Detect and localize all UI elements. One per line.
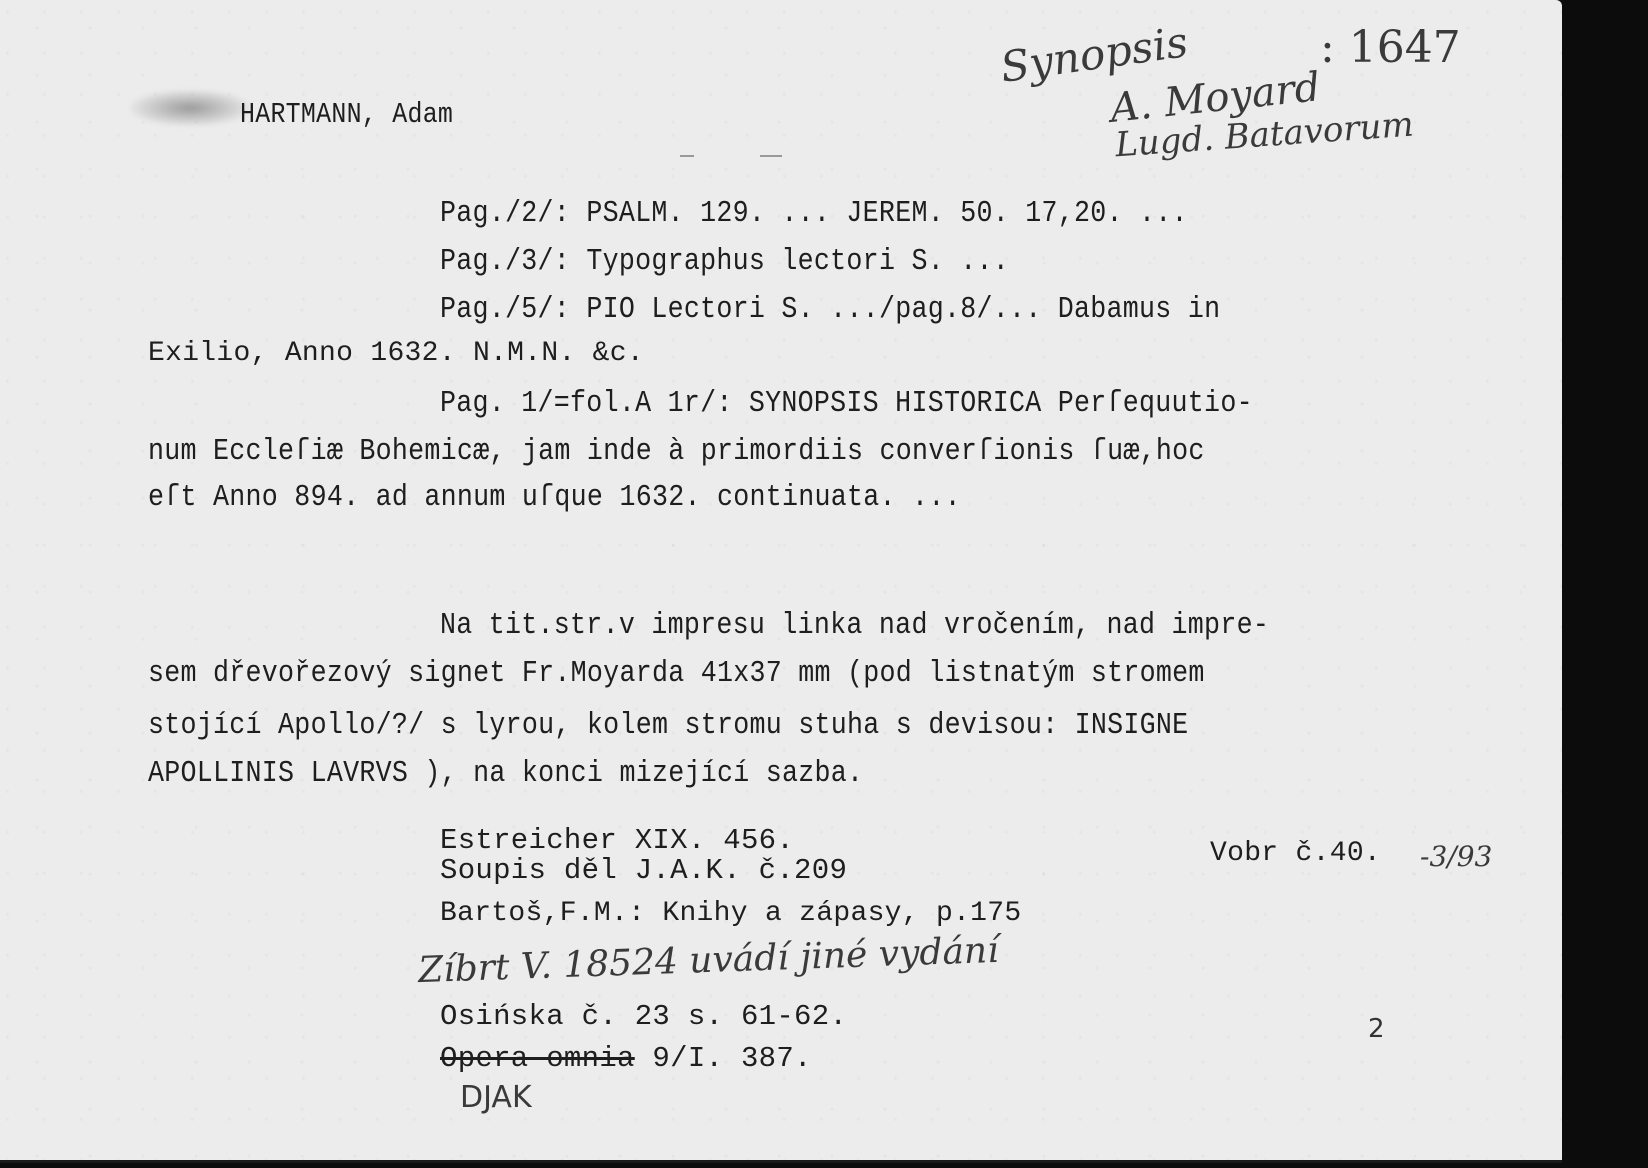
page-label: Pag./2/:: [440, 196, 570, 231]
title-entry-line3: eſt Anno 894. ad annum uſque 1632. conti…: [148, 482, 961, 513]
ref-opera-rest: 9/I. 387.: [635, 1042, 812, 1075]
author-heading: HARTMANN, Adam: [240, 100, 453, 129]
handwritten-djak: DJAK: [460, 1080, 532, 1115]
description-line2: sem dřevořezový signet Fr.Moyarda 41x37 …: [148, 658, 1205, 689]
page-text: PIO Lectori S. .../pag.8/... Dabamus in: [586, 292, 1220, 327]
title-entry-line2: num Eccleſiæ Bohemicæ, jam inde à primor…: [148, 436, 1205, 467]
page-entry-3: Pag./3/: Typographus lectori S. ...: [440, 246, 1009, 277]
page-text: PSALM. 129. ... JEREM. 50. 17,20. ...: [570, 196, 1188, 231]
ref-osinska: Osińska č. 23 s. 61-62.: [440, 1002, 847, 1031]
ref-opera-struck: Opera omnia: [440, 1042, 635, 1075]
handwritten-vobr-suffix: -3/93: [1420, 840, 1492, 873]
ref-opera: Opera omnia 9/I. 387.: [440, 1044, 812, 1073]
page-entry-2: Pag./2/: PSALM. 129. ... JEREM. 50. 17,2…: [440, 198, 1188, 229]
card-number: 2: [1368, 1016, 1385, 1042]
ref-bartos: Bartoš,F.M.: Knihy a zápasy, p.175: [440, 900, 1022, 928]
page-text: Typographus lectori S. ...: [586, 244, 1009, 279]
ref-soupis: Soupis děl J.A.K. č.209: [440, 856, 847, 885]
handwritten-zibrt: Zíbrt V. 18524 uvádí jiné vydání: [417, 930, 999, 991]
page-entry-5: Pag./5/: PIO Lectori S. .../pag.8/... Da…: [440, 294, 1220, 325]
ink-smudge: [130, 90, 250, 126]
description-line1: Na tit.str.v impresu linka nad vročením,…: [440, 610, 1269, 641]
punch-mark: [760, 155, 782, 157]
punch-mark: [680, 155, 694, 157]
handwritten-year: : 1647: [1320, 22, 1461, 73]
page-label: Pag./3/:: [440, 244, 570, 279]
title-entry-line1: Pag. 1/=fol.A 1r/: SYNOPSIS HISTORICA Pe…: [440, 388, 1253, 419]
description-line4: APOLLINIS LAVRVS ), na konci mizející sa…: [148, 758, 863, 789]
catalog-card: HARTMANN, Adam Synopsis A. Moyard Lugd. …: [0, 0, 1562, 1163]
ref-estreicher: Estreicher XIX. 456.: [440, 826, 794, 855]
page-label: Pag./5/:: [440, 292, 570, 327]
description-line3: stojící Apollo/?/ s lyrou, kolem stromu …: [148, 710, 1188, 741]
vobr-reference: Vobr č.40.: [1210, 840, 1381, 868]
page-entry-5-continuation: Exilio, Anno 1632. N.M.N. &c.: [148, 340, 644, 368]
